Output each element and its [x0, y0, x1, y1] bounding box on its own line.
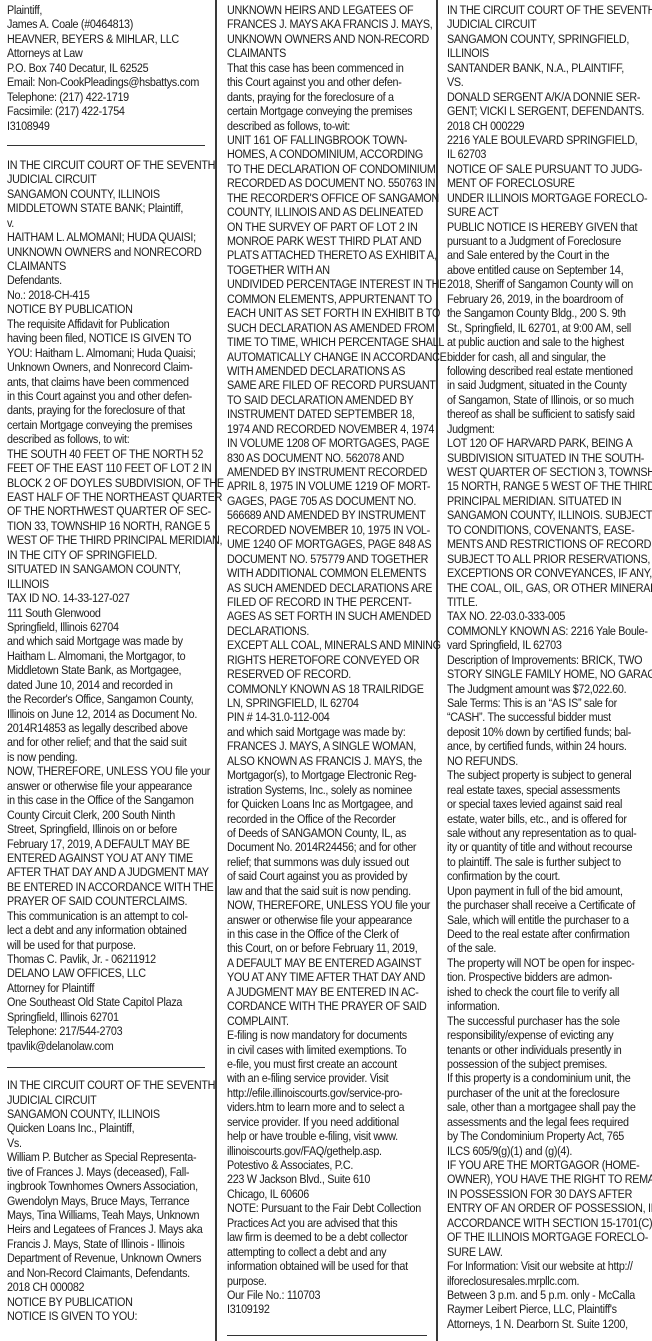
text-line: HAITHAM L. ALMOMANI; HUDA QUAISI; [7, 230, 205, 244]
text-line: Attorney for Plaintiff [7, 981, 205, 995]
text-line: 566689 AND AMENDED BY INSTRUMENT [227, 508, 429, 522]
text-line: help or have trouble e-filing, visit www… [227, 1129, 429, 1143]
text-line: LN, SPRINGFIELD, IL 62704 [227, 696, 429, 710]
text-line: to plaintiff. The sale is further subjec… [447, 855, 649, 869]
text-line: law firm is deemed to be a debt collecto… [227, 1230, 429, 1244]
text-line: Springfield, Illinois 62704 [7, 620, 205, 634]
text-line: SAME ARE FILED OF RECORD PURSUANT [227, 378, 429, 392]
text-line: confirmation by the court. [447, 869, 649, 883]
text-line: The subject property is subject to gener… [447, 768, 649, 782]
text-line: having been filed, NOTICE IS GIVEN TO [7, 331, 205, 345]
text-line: County Circuit Clerk, 200 South Ninth [7, 808, 205, 822]
text-line: and which said Mortgage was made by [7, 634, 205, 648]
text-line: SANGAMON COUNTY, ILLINOIS. SUBJECT [447, 508, 649, 522]
text-line: TO SAID DECLARATION AMENDED BY [227, 393, 429, 407]
text-line: by The Condominium Property Act, 765 [447, 1129, 649, 1143]
text-line: of the sale. [447, 941, 649, 955]
text-line: responsibility/expense of evicting any [447, 1028, 649, 1042]
text-line: tive of Frances J. Mays (deceased), Fall… [7, 1165, 205, 1179]
text-line: IN VOLUME 1208 OF MORTGAGES, PAGE [227, 436, 429, 450]
text-line: ENTRY OF AN ORDER OF POSSESSION, IN [447, 1201, 649, 1215]
notice-coale-tail: Plaintiff,James A. Coale (#0464813)HEAVN… [7, 3, 205, 133]
text-line: assessments and the legal fees required [447, 1115, 649, 1129]
text-line: and for other relief; and that the said … [7, 735, 205, 749]
text-line: James A. Coale (#0464813) [7, 17, 205, 31]
text-line: I3109192 [227, 1302, 429, 1316]
text-line: lect a debt and any information obtained [7, 923, 205, 937]
text-line: For Information: Visit our website at ht… [447, 1259, 649, 1273]
text-line: THE RECORDER'S OFFICE OF SANGAMON [227, 191, 429, 205]
text-line: AS SUCH AMENDED DECLARATIONS ARE [227, 581, 429, 595]
text-line: SANGAMON COUNTY, SPRINGFIELD, [447, 32, 649, 46]
text-line: EXCEPT ALL COAL, MINERALS AND MINING [227, 638, 429, 652]
text-line: in civil cases with limited exemptions. … [227, 1043, 429, 1057]
text-line: Attorneys, 1 N. Dearborn St. Suite 1200, [447, 1317, 649, 1331]
text-line: UNDIVIDED PERCENTAGE INTEREST IN THE [227, 277, 429, 291]
column-2: UNKNOWN HEIRS AND LEGATEES OFFRANCES J. … [227, 3, 429, 1317]
text-line: thereof as shall be sufficient to satisf… [447, 407, 649, 421]
text-line: NOW, THEREFORE, UNLESS YOU file your [7, 764, 205, 778]
text-line: JUDICIAL CIRCUIT [7, 1093, 205, 1107]
text-line: 2216 YALE BOULEVARD SPRINGFIELD, [447, 133, 649, 147]
text-line: GAGES, PAGE 705 AS DOCUMENT NO. [227, 494, 429, 508]
text-line: information. [447, 999, 649, 1013]
text-line: Gwendolyn Mays, Bruce Mays, Terrance [7, 1194, 205, 1208]
text-line: No.: 2018-CH-415 [7, 288, 205, 302]
text-line: SITUATED IN SANGAMON COUNTY, [7, 562, 205, 576]
text-line: ance, by certified funds, within 24 hour… [447, 739, 649, 753]
text-line: ity or quantity of title and without rec… [447, 840, 649, 854]
text-line: THE SOUTH 40 FEET OF THE NORTH 52 [7, 447, 205, 461]
text-line: sale, other than a mortgagee shall pay t… [447, 1100, 649, 1114]
text-line: PRAYER OF SAID COUNTERCLAIMS. [7, 894, 205, 908]
text-line: real estate taxes, special assessments [447, 783, 649, 797]
text-line: CLAIMANTS [7, 259, 205, 273]
text-line: PLATS ATTACHED THERETO AS EXHIBIT A, [227, 248, 429, 262]
column-3: IN THE CIRCUIT COURT OF THE SEVENTHJUDIC… [447, 3, 649, 1331]
text-line: BE ENTERED IN ACCORDANCE WITH THE [7, 880, 205, 894]
text-line: Illinois on June 12, 2014 as Document No… [7, 707, 205, 721]
text-line: tenants or other individuals presently i… [447, 1043, 649, 1057]
text-line: LOT 120 OF HARVARD PARK, BEING A [447, 436, 649, 450]
text-line: UNDER ILLINOIS MORTGAGE FORECLO- [447, 191, 649, 205]
text-line: CORDANCE WITH THE PRAYER OF SAID [227, 999, 429, 1013]
notice-almomani: IN THE CIRCUIT COURT OF THE SEVENTHJUDIC… [7, 158, 205, 1053]
text-line: Heirs and Legatees of Frances J. Mays ak… [7, 1222, 205, 1236]
text-line: the Sangamon County Bldg., 200 S. 9th [447, 306, 649, 320]
text-line: Description of Improvements: BRICK, TWO [447, 653, 649, 667]
text-line: at public auction and sale to the highes… [447, 335, 649, 349]
text-line: If this property is a condominium unit, … [447, 1071, 649, 1085]
text-line: February 26, 2019, in the boardroom of [447, 292, 649, 306]
text-line: Plaintiff, [7, 3, 205, 17]
text-line: WITH ADDITIONAL COMMON ELEMENTS [227, 566, 429, 580]
text-line: Potestivo & Associates, P.C. [227, 1158, 429, 1172]
text-line: INSTRUMENT DATED SEPTEMBER 18, [227, 407, 429, 421]
text-line: OWNER), YOU HAVE THE RIGHT TO REMAIN [447, 1172, 649, 1186]
text-line: 2014R14853 as legally described above [7, 721, 205, 735]
text-line: NOTICE OF SALE PURSUANT TO JUDG- [447, 162, 649, 176]
text-line: UNKNOWN HEIRS AND LEGATEES OF [227, 3, 429, 17]
text-line: istration Systems, Inc., solely as nomin… [227, 783, 429, 797]
text-line: dants, praying for the foreclosure of a [227, 90, 429, 104]
text-line: COMMONLY KNOWN AS: 2216 Yale Boule- [447, 624, 649, 638]
text-line: PIN # 14-31.0-112-004 [227, 710, 429, 724]
text-line: CLAIMANTS [227, 46, 429, 60]
text-line: relief; that summons was duly issued out [227, 855, 429, 869]
text-line: with an e-filing service provider. Visit [227, 1071, 429, 1085]
text-line: IN THE CIRCUIT COURT OF THE SEVENTH [447, 3, 649, 17]
text-line: 1974 AND RECORDED NOVEMBER 4, 1974 [227, 422, 429, 436]
text-line: UNKNOWN OWNERS AND NON-RECORD [227, 32, 429, 46]
text-line: APRIL 8, 1975 IN VOLUME 1219 OF MORT- [227, 479, 429, 493]
text-line: WEST QUARTER OF SECTION 3, TOWNSHIP [447, 465, 649, 479]
text-line: IN THE CIRCUIT COURT OF THE SEVENTH [7, 158, 205, 172]
text-line: ished to check the court file to verify … [447, 985, 649, 999]
text-line: vard Springfield, IL 62703 [447, 638, 649, 652]
legal-notices-page: Plaintiff,James A. Coale (#0464813)HEAVN… [0, 0, 652, 1341]
text-line: estate, water bills, etc., and is offere… [447, 812, 649, 826]
text-line: 2018 CH 000229 [447, 119, 649, 133]
text-line: The Judgment amount was $72,022.60. [447, 682, 649, 696]
text-line: I3108949 [7, 119, 205, 133]
text-line: 111 South Glenwood [7, 606, 205, 620]
text-line: ENTERED AGAINST YOU AT ANY TIME [7, 851, 205, 865]
text-line: possession of the subject premises. [447, 1057, 649, 1071]
text-line: Between 3 p.m. and 5 p.m. only - McCalla [447, 1288, 649, 1302]
text-line: The successful purchaser has the sole [447, 1014, 649, 1028]
text-line: EXCEPTIONS OR CONVEYANCES, IF ANY, OF [447, 566, 649, 580]
text-line: UNIT 161 OF FALLINGBROOK TOWN- [227, 133, 429, 147]
text-line: IN POSSESSION FOR 30 DAYS AFTER [447, 1187, 649, 1201]
text-line: SANGAMON COUNTY, ILLINOIS [7, 1107, 205, 1121]
text-line: UME 1240 OF MORTGAGES, PAGE 848 AS [227, 537, 429, 551]
text-line: MENT OF FORECLOSURE [447, 176, 649, 190]
text-line: Street, Springfield, Illinois on or befo… [7, 822, 205, 836]
text-line: or special taxes levied against said rea… [447, 797, 649, 811]
text-line: EACH UNIT AS SET FORTH IN EXHIBIT B TO [227, 306, 429, 320]
text-line: Defendants. [7, 273, 205, 287]
text-line: WITH AMENDED DECLARATIONS AS [227, 364, 429, 378]
text-line: OF THE ILLINOIS MORTGAGE FORECLO- [447, 1230, 649, 1244]
text-line: Upon payment in full of the bid amount, [447, 884, 649, 898]
text-line: ON THE SURVEY OF PART OF LOT 2 IN [227, 220, 429, 234]
text-line: Sale Terms: This is an “AS IS” sale for [447, 696, 649, 710]
text-line: COMMON ELEMENTS, APPURTENANT TO [227, 292, 429, 306]
text-line: NOW, THEREFORE, UNLESS YOU file your [227, 898, 429, 912]
text-line: bidder for cash, all and singular, the [447, 350, 649, 364]
text-line: Springfield, Illinois 62701 [7, 1010, 205, 1024]
text-line: A DEFAULT MAY BE ENTERED AGAINST [227, 956, 429, 970]
text-line: RECORDED AS DOCUMENT NO. 550763 IN [227, 176, 429, 190]
text-line: JUDICIAL CIRCUIT [447, 17, 649, 31]
text-line: the Recorder's Office, Sangamon County, [7, 692, 205, 706]
text-line: dants, praying for the foreclosure of th… [7, 403, 205, 417]
text-line: A JUDGMENT MAY BE ENTERED IN AC- [227, 985, 429, 999]
text-line: described as follows, to wit: [7, 432, 205, 446]
text-line: law and that the said suit is now pendin… [227, 884, 429, 898]
text-line: recorded in the Office of the Recorder [227, 812, 429, 826]
text-line: Mortgagor(s), to Mortgage Electronic Reg… [227, 768, 429, 782]
text-line: ILLINOIS [7, 577, 205, 591]
text-line: SUCH DECLARATION AS AMENDED FROM [227, 321, 429, 335]
notice-mays-continued: UNKNOWN HEIRS AND LEGATEES OFFRANCES J. … [227, 3, 429, 1317]
text-line: FEET OF THE EAST 110 FEET OF LOT 2 IN [7, 461, 205, 475]
text-line: ingbrook Townhomes Owners Association, [7, 1179, 205, 1193]
text-line: HOMES, A CONDOMINIUM, ACCORDING [227, 147, 429, 161]
text-line: NOTICE IS GIVEN TO YOU: [7, 1309, 205, 1323]
text-line: IN THE CIRCUIT COURT OF THE SEVENTH [7, 1078, 205, 1092]
text-line: BLOCK 2 OF DOYLES SUBDIVISION, OF THE [7, 476, 205, 490]
text-line: this Court, on or before February 11, 20… [227, 941, 429, 955]
text-line: Attorneys at Law [7, 46, 205, 60]
notice-separator [227, 1335, 427, 1336]
text-line: ilforeclosuresales.mrpllc.com. [447, 1274, 649, 1288]
text-line: The property will NOT be open for inspec… [447, 956, 649, 970]
text-line: 223 W Jackson Blvd., Suite 610 [227, 1172, 429, 1186]
column-1: Plaintiff,James A. Coale (#0464813)HEAVN… [7, 3, 205, 1324]
text-line: e-file, you must first create an account [227, 1057, 429, 1071]
text-line: answer or otherwise file your appearance [7, 779, 205, 793]
text-line: TION 33, TOWNSHIP 16 NORTH, RANGE 5 [7, 519, 205, 533]
text-line: TITLE. [447, 595, 649, 609]
text-line: sale without any representation as to qu… [447, 826, 649, 840]
text-line: AUTOMATICALLY CHANGE IN ACCORDANCE [227, 350, 429, 364]
text-line: Facsimile: (217) 422-1754 [7, 104, 205, 118]
text-line: of Deeds of SANGAMON County, IL, as [227, 826, 429, 840]
text-line: http://efile.illinoiscourts.gov/service-… [227, 1086, 429, 1100]
text-line: DECLARATIONS. [227, 624, 429, 638]
text-line: This communication is an attempt to col- [7, 909, 205, 923]
text-line: described as follows, to-wit: [227, 119, 429, 133]
text-line: SANGAMON COUNTY, ILLINOIS [7, 187, 205, 201]
text-line: 830 AS DOCUMENT NO. 562078 AND [227, 451, 429, 465]
text-line: and which said Mortgage was made by: [227, 725, 429, 739]
text-line: Our File No.: 110703 [227, 1288, 429, 1302]
text-line: SURE LAW. [447, 1245, 649, 1259]
text-line: Telephone: (217) 422-1719 [7, 90, 205, 104]
text-line: AMENDED BY INSTRUMENT RECORDED [227, 465, 429, 479]
text-line: HEAVNER, BEYERS & MIHLAR, LLC [7, 32, 205, 46]
text-line: for Quicken Loans Inc as Mortgagee, and [227, 797, 429, 811]
text-line: TOGETHER WITH AN [227, 263, 429, 277]
text-line: in this case in the Office of the Clerk … [227, 927, 429, 941]
text-line: VS. [447, 75, 649, 89]
text-line: Sale, which will entitle the purchaser t… [447, 913, 649, 927]
text-line: TO CONDITIONS, COVENANTS, EASE- [447, 523, 649, 537]
text-line: Mays, Tina Williams, Teah Mays, Unknown [7, 1208, 205, 1222]
text-line: NOTICE BY PUBLICATION [7, 1295, 205, 1309]
text-line: February 17, 2019, A DEFAULT MAY BE [7, 837, 205, 851]
text-line: NO REFUNDS. [447, 754, 649, 768]
text-line: in this case in the Office of the Sangam… [7, 793, 205, 807]
text-line: That this case has been commenced in [227, 61, 429, 75]
text-line: Practices Act you are advised that this [227, 1216, 429, 1230]
text-line: of said Court against you as provided by [227, 869, 429, 883]
text-line: AFTER THAT DAY AND A JUDGMENT MAY [7, 865, 205, 879]
text-line: RECORDED NOVEMBER 10, 1975 IN VOL- [227, 523, 429, 537]
text-line: Francis J. Mays, State of Illinois - Ill… [7, 1237, 205, 1251]
text-line: Thomas C. Pavlik, Jr. - 06211912 [7, 952, 205, 966]
text-line: STORY SINGLE FAMILY HOME, NO GARAGE [447, 667, 649, 681]
text-line: attempting to collect a debt and any [227, 1245, 429, 1259]
text-line: information obtained will be used for th… [227, 1259, 429, 1273]
text-line: “CASH”. The successful bidder must [447, 710, 649, 724]
text-line: IN THE CITY OF SPRINGFIELD. [7, 548, 205, 562]
text-line: RIGHTS HERETOFORE CONVEYED OR [227, 653, 429, 667]
text-line: above entitled cause on September 14, [447, 263, 649, 277]
text-line: viders.htm to learn more and to select a [227, 1100, 429, 1114]
text-line: P.O. Box 740 Decatur, IL 62525 [7, 61, 205, 75]
text-line: following described real estate mentione… [447, 364, 649, 378]
text-line: TAX NO. 22-03.0-333-005 [447, 609, 649, 623]
text-line: purpose. [227, 1274, 429, 1288]
text-line: St., Springfield, IL 62701, at 9:00 AM, … [447, 321, 649, 335]
text-line: Vs. [7, 1136, 205, 1150]
text-line: COUNTY, ILLINOIS AND AS DELINEATED [227, 205, 429, 219]
text-line: Quicken Loans Inc., Plaintiff, [7, 1121, 205, 1135]
text-line: of Sangamon, State of Illinois, or so mu… [447, 393, 649, 407]
text-line: FILED OF RECORD IN THE PERCENT- [227, 595, 429, 609]
text-line: MENTS AND RESTRICTIONS OF RECORD. [447, 537, 649, 551]
text-line: PRINCIPAL MERIDIAN. SITUATED IN [447, 494, 649, 508]
text-line: FRANCES J. MAYS AKA FRANCIS J. MAYS, [227, 17, 429, 31]
text-line: EAST HALF OF THE NORTHEAST QUARTER [7, 490, 205, 504]
text-line: MONROE PARK WEST THIRD PLAT AND [227, 234, 429, 248]
text-line: ACCORDANCE WITH SECTION 15-1701(C) [447, 1216, 649, 1230]
text-line: Middletown State Bank, as Mortgagee, [7, 663, 205, 677]
text-line: SUBJECT TO ALL PRIOR RESERVATIONS, [447, 552, 649, 566]
text-line: Chicago, IL 60606 [227, 1187, 429, 1201]
text-line: Unknown Owners, and Nonrecord Claim- [7, 360, 205, 374]
text-line: RESERVED OF RECORD. [227, 667, 429, 681]
text-line: Document No. 2014R24456; and for other [227, 840, 429, 854]
text-line: SURE ACT [447, 205, 649, 219]
text-line: OF THE NORTHWEST QUARTER OF SEC- [7, 504, 205, 518]
text-line: Judgment: [447, 422, 649, 436]
text-line: DONALD SERGENT A/K/A DONNIE SER- [447, 90, 649, 104]
text-line: and Non-Record Claimants, Defendants. [7, 1266, 205, 1280]
text-line: DOCUMENT NO. 575779 AND TOGETHER [227, 552, 429, 566]
text-line: purchaser of the unit at the foreclosure [447, 1086, 649, 1100]
notice-sergent: IN THE CIRCUIT COURT OF THE SEVENTHJUDIC… [447, 3, 649, 1331]
text-line: ILCS 605/9(g)(1) and (g)(4). [447, 1144, 649, 1158]
text-line: FRANCES J. MAYS, A SINGLE WOMAN, [227, 739, 429, 753]
text-line: service provider. If you need additional [227, 1115, 429, 1129]
text-line: THE COAL, OIL, GAS, OR OTHER MINERAL [447, 581, 649, 595]
text-line: TAX ID NO. 14-33-127-027 [7, 591, 205, 605]
text-line: dated June 10, 2014 and recorded in [7, 678, 205, 692]
text-line: certain Mortgage conveying the premises [227, 104, 429, 118]
text-line: Telephone: 217/544-2703 [7, 1024, 205, 1038]
text-line: 15 NORTH, RANGE 5 WEST OF THE THIRD [447, 479, 649, 493]
text-line: PUBLIC NOTICE IS HEREBY GIVEN that [447, 220, 649, 234]
column-rule-1 [215, 0, 217, 1341]
text-line: SUBDIVISION SITUATED IN THE SOUTH- [447, 451, 649, 465]
text-line: this Court against you and other defen- [227, 75, 429, 89]
text-line: NOTE: Pursuant to the Fair Debt Collecti… [227, 1201, 429, 1215]
notice-mays-start: IN THE CIRCUIT COURT OF THE SEVENTHJUDIC… [7, 1078, 205, 1323]
text-line: answer or otherwise file your appearance [227, 913, 429, 927]
text-line: Department of Revenue, Unknown Owners [7, 1251, 205, 1265]
text-line: The requisite Affidavit for Publication [7, 317, 205, 331]
text-line: deposit 10% down by certified funds; bal… [447, 725, 649, 739]
text-line: JUDICIAL CIRCUIT [7, 172, 205, 186]
text-line: will be used for that purpose. [7, 938, 205, 952]
text-line: NOTICE BY PUBLICATION [7, 302, 205, 316]
text-line: the purchaser shall receive a Certificat… [447, 898, 649, 912]
text-line: DELANO LAW OFFICES, LLC [7, 966, 205, 980]
text-line: 2018 CH 000082 [7, 1280, 205, 1294]
text-line: Deed to the real estate after confirmati… [447, 927, 649, 941]
text-line: v. [7, 216, 205, 230]
text-line: TO THE DECLARATION OF CONDOMINIUM [227, 162, 429, 176]
text-line: certain Mortgage conveying the premises [7, 418, 205, 432]
text-line: WEST OF THE THIRD PRINCIPAL MERIDIAN, [7, 533, 205, 547]
text-line: in this Court against you and other defe… [7, 389, 205, 403]
text-line: in said Judgment, situated in the County [447, 378, 649, 392]
text-line: and Sale entered by the Court in the [447, 248, 649, 262]
text-line: Haitham L. Almomani, the Mortgagor, to [7, 649, 205, 663]
text-line: Raymer Leibert Pierce, LLC, Plaintiff's [447, 1302, 649, 1316]
text-line: GENT; VICKI L SERGENT, DEFENDANTS. [447, 104, 649, 118]
text-line: YOU AT ANY TIME AFTER THAT DAY AND [227, 970, 429, 984]
text-line: 2018, Sheriff of Sangamon County will on [447, 277, 649, 291]
text-line: AGES AS SET FORTH IN SUCH AMENDED [227, 609, 429, 623]
text-line: is now pending. [7, 750, 205, 764]
text-line: SANTANDER BANK, N.A., PLAINTIFF, [447, 61, 649, 75]
text-line: E-filing is now mandatory for documents [227, 1028, 429, 1042]
text-line: IL 62703 [447, 147, 649, 161]
text-line: Email: Non-CookPleadings@hsbattys.com [7, 75, 205, 89]
text-line: ILLINOIS [447, 46, 649, 60]
text-line: tpavlik@delanolaw.com [7, 1039, 205, 1053]
text-line: ALSO KNOWN AS FRANCIS J. MAYS, the [227, 754, 429, 768]
text-line: ants, that claims have been commenced [7, 375, 205, 389]
text-line: UNKNOWN OWNERS and NONRECORD [7, 245, 205, 259]
text-line: tion. Prospective bidders are admon- [447, 970, 649, 984]
text-line: MIDDLETOWN STATE BANK; Plaintiff, [7, 201, 205, 215]
text-line: TIME TO TIME, WHICH PERCENTAGE SHALL [227, 335, 429, 349]
text-line: William P. Butcher as Special Representa… [7, 1150, 205, 1164]
text-line: IF YOU ARE THE MORTGAGOR (HOME- [447, 1158, 649, 1172]
text-line: One Southeast Old State Capitol Plaza [7, 995, 205, 1009]
text-line: pursuant to a Judgment of Foreclosure [447, 234, 649, 248]
text-line: COMPLAINT. [227, 1014, 429, 1028]
text-line: YOU: Haitham L. Almomani; Huda Quaisi; [7, 346, 205, 360]
text-line: COMMONLY KNOWN AS 18 TRAILRIDGE [227, 682, 429, 696]
text-line: illinoiscourts.gov/FAQ/gethelp.asp. [227, 1144, 429, 1158]
